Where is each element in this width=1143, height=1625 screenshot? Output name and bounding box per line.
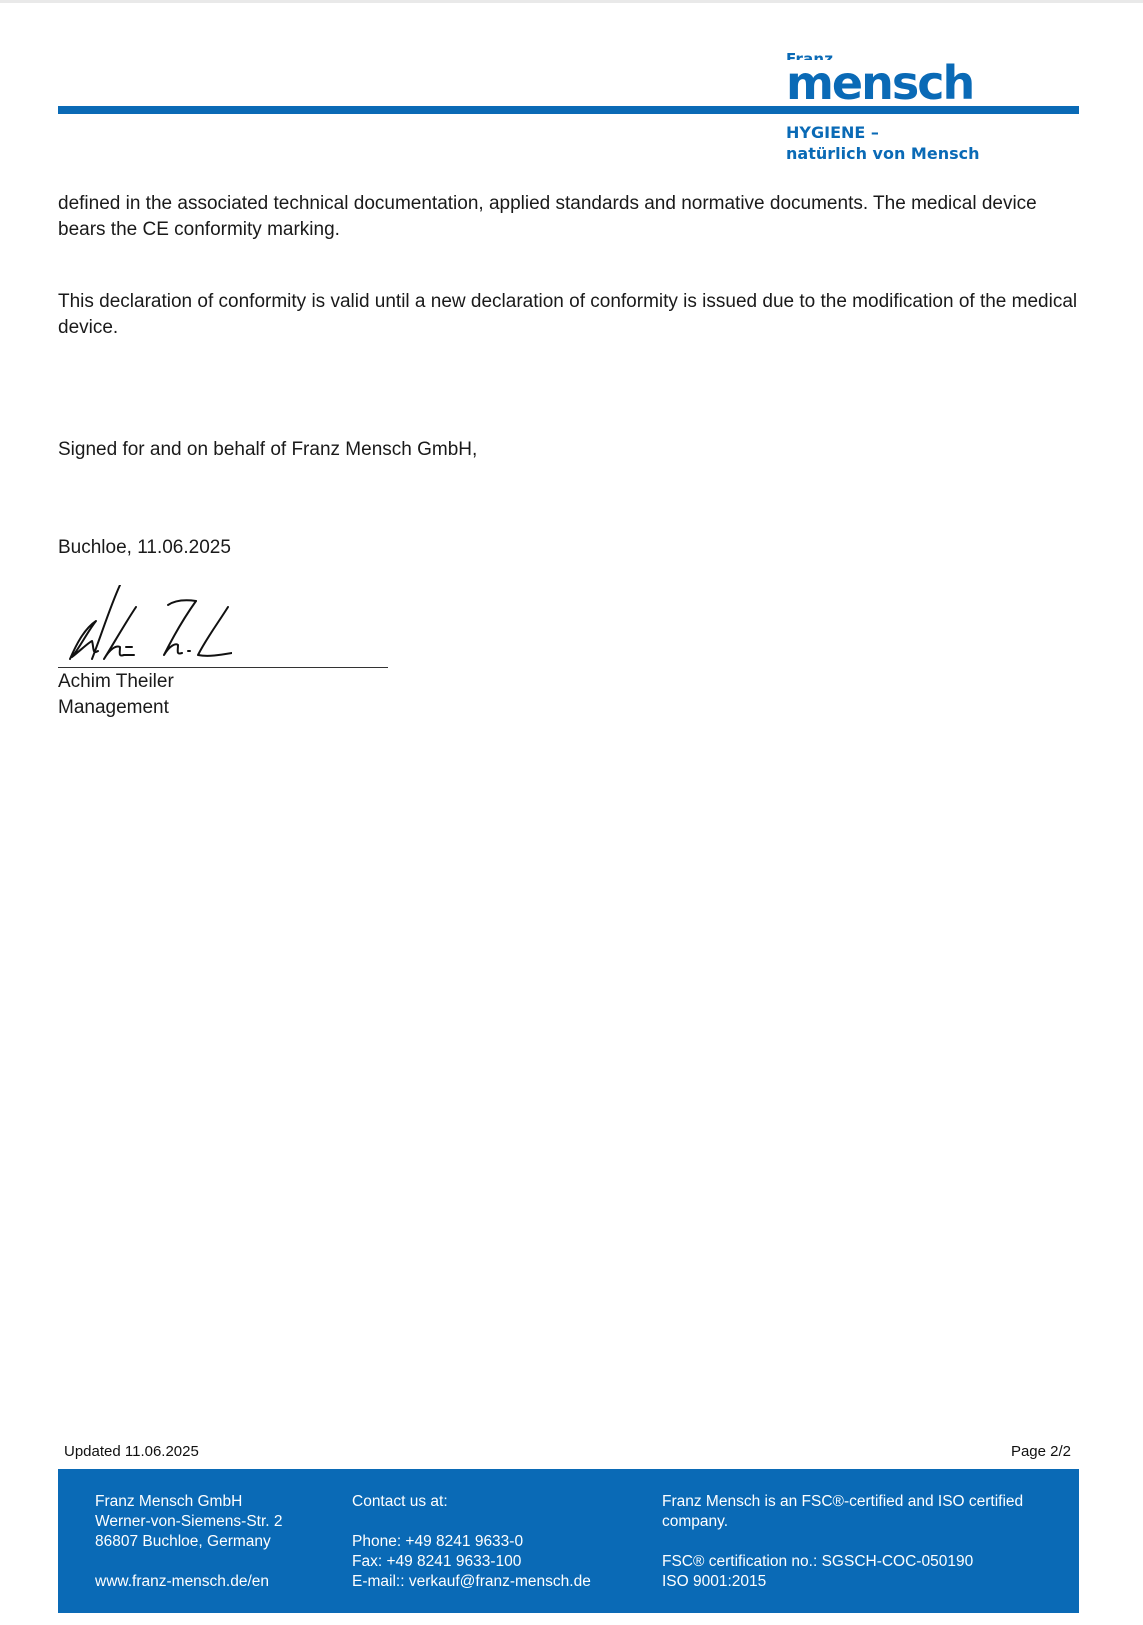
fsc-number: FSC® certification no.: SGSCH-COC-050190: [662, 1552, 1023, 1572]
contact-fax: Fax: +49 8241 9633-100: [352, 1552, 591, 1572]
spacer: [662, 1532, 1023, 1552]
signer-name: Achim Theiler: [58, 669, 174, 695]
company-city: 86807 Buchloe, Germany: [95, 1532, 283, 1552]
signer-block: Achim Theiler Management: [58, 669, 174, 721]
logo-tagline-2: natürlich von Mensch: [786, 144, 979, 163]
top-edge: [0, 0, 1143, 3]
spacer: [95, 1552, 283, 1572]
signer-role: Management: [58, 695, 174, 721]
signature-line: [58, 667, 388, 668]
company-logo: Franz mensch HYGIENE – natürlich von Men…: [786, 50, 996, 160]
signature-icon: [62, 585, 232, 665]
footer-company: Franz Mensch GmbH Werner-von-Siemens-Str…: [95, 1492, 283, 1592]
cert-line-1: Franz Mensch is an FSC®-certified and IS…: [662, 1492, 1023, 1512]
logo-mensch: mensch: [784, 60, 977, 106]
company-street: Werner-von-Siemens-Str. 2: [95, 1512, 283, 1532]
place-date: Buchloe, 11.06.2025: [58, 535, 1083, 561]
footer-box: Franz Mensch GmbH Werner-von-Siemens-Str…: [58, 1469, 1079, 1613]
footer-certification: Franz Mensch is an FSC®-certified and IS…: [662, 1492, 1023, 1592]
conformity-paragraph: defined in the associated technical docu…: [58, 191, 1083, 243]
logo-tagline-1: HYGIENE –: [786, 123, 879, 142]
cert-line-2: company.: [662, 1512, 1023, 1532]
validity-paragraph: This declaration of conformity is valid …: [58, 289, 1083, 341]
footer-contact: Contact us at: Phone: +49 8241 9633-0 Fa…: [352, 1492, 591, 1592]
page-number: Page 2/2: [1011, 1443, 1071, 1460]
updated-date: Updated 11.06.2025: [64, 1443, 199, 1460]
signed-for-text: Signed for and on behalf of Franz Mensch…: [58, 437, 1083, 463]
iso-standard: ISO 9001:2015: [662, 1572, 1023, 1592]
contact-email-link[interactable]: E-mail:: verkauf@franz-mensch.de: [352, 1572, 591, 1592]
spacer: [352, 1512, 591, 1532]
company-name: Franz Mensch GmbH: [95, 1492, 283, 1512]
contact-heading: Contact us at:: [352, 1492, 591, 1512]
company-website-link[interactable]: www.franz-mensch.de/en: [95, 1572, 283, 1592]
contact-phone: Phone: +49 8241 9633-0: [352, 1532, 591, 1552]
